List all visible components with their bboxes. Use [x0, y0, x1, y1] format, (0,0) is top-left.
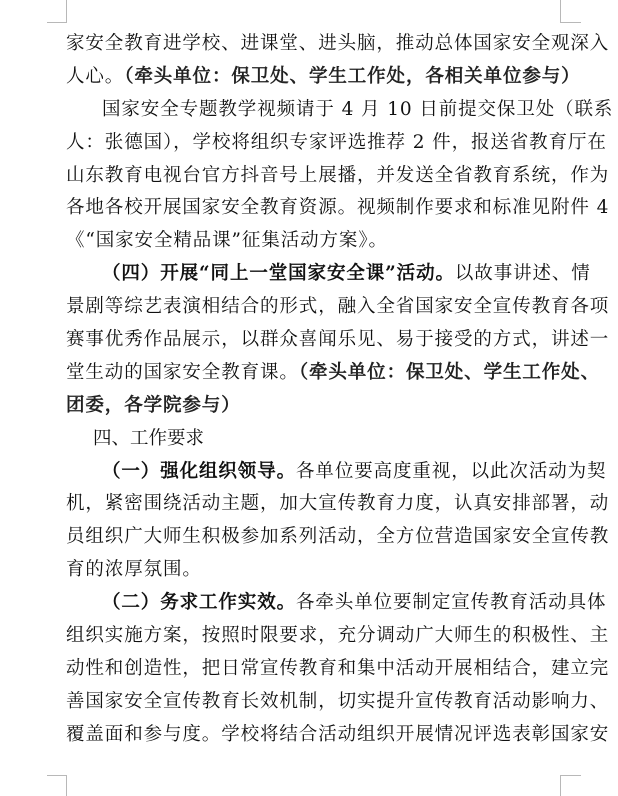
document-page-body: 家安全教育进学校、进课堂、进头脑，推动总体国家安全观深入 人心。（牵头单位：保卫…	[66, 28, 562, 752]
text-run: 人：张德国），学校将组织专家评选推荐 2 件，报送省教育厅在	[66, 132, 607, 153]
text-line: 人心。（牵头单位：保卫处、学生工作处，各相关单位参与）	[66, 61, 562, 94]
text-line: 山东教育电视台官方抖音号上展播，并发送全省教育系统，作为	[66, 160, 562, 193]
text-line: 人：张德国），学校将组织专家评选推荐 2 件，报送省教育厅在	[66, 127, 562, 160]
text-run: 员组织广大师生积极参加系列活动，全方位营造国家安全宣传教	[66, 526, 609, 547]
paragraph-first-line: （二）务求工作实效。各牵头单位要制定宣传教育活动具体	[66, 587, 562, 620]
text-run: 动性和创造性，把日常宣传教育和集中活动开展相结合，建立完	[66, 658, 609, 679]
text-run: 《“国家安全精品课”征集活动方案》。	[66, 230, 388, 251]
page-corner-mark-top-left	[47, 0, 67, 23]
lead-unit-note: （牵头单位：保卫处、学生工作处，各相关单位参与）	[124, 66, 580, 87]
section-heading: 四、工作要求	[66, 423, 562, 456]
paragraph-first-line: 国家安全专题教学视频请于 4 月 10 日前提交保卫处（联系	[66, 94, 562, 127]
page-corner-mark-bottom-left	[47, 775, 67, 796]
text-line: 育的浓厚氛围。	[66, 554, 562, 587]
text-run: 覆盖面和参与度。学校将结合活动组织开展情况评选表彰国家安	[66, 724, 609, 745]
paragraph-first-line: （一）强化组织领导。各单位要高度重视，以此次活动为契	[66, 456, 562, 489]
text-line: 景剧等综艺表演相结合的形式，融入全省国家安全宣传教育各项	[66, 291, 562, 324]
text-run: 景剧等综艺表演相结合的形式，融入全省国家安全宣传教育各项	[66, 296, 609, 317]
text-run: 组织实施方案，按照时限要求，充分调动广大师生的积极性、主	[66, 625, 609, 646]
text-line: 赛事优秀作品展示，以群众喜闻乐见、易于接受的方式，讲述一	[66, 324, 562, 357]
text-line: 《“国家安全精品课”征集活动方案》。	[66, 225, 562, 258]
text-line: 善国家安全宣传教育长效机制，切实提升宣传教育活动影响力、	[66, 686, 562, 719]
page-corner-mark-bottom-right	[560, 775, 581, 796]
page-corner-mark-top-right	[560, 0, 581, 23]
text-line: 动性和创造性，把日常宣传教育和集中活动开展相结合，建立完	[66, 653, 562, 686]
lead-unit-note: 团委，各学院参与）	[66, 395, 241, 416]
section-subheading: （四）开展“同上一堂国家安全课”活动。	[102, 263, 455, 284]
text-line: 团委，各学院参与）	[66, 390, 562, 423]
text-run: 以故事讲述、情	[455, 263, 591, 284]
text-run: 各地各校开展国家安全教育资源。视频制作要求和标准见附件 4	[66, 197, 609, 218]
text-run: 山东教育电视台官方抖音号上展播，并发送全省教育系统，作为	[66, 165, 609, 186]
paragraph-first-line: （四）开展“同上一堂国家安全课”活动。以故事讲述、情	[66, 258, 562, 291]
text-run: 各牵头单位要制定宣传教育活动具体	[296, 592, 606, 613]
section-subheading: （二）务求工作实效。	[102, 592, 296, 613]
text-run: 堂生动的国家安全教育课。	[66, 362, 299, 383]
text-line: 覆盖面和参与度。学校将结合活动组织开展情况评选表彰国家安	[66, 719, 562, 752]
lead-unit-note: （牵头单位：保卫处、学生工作处、	[299, 362, 600, 383]
section-heading-text: 四、工作要求	[93, 428, 204, 449]
text-run: 育的浓厚氛围。	[66, 559, 202, 580]
text-run: 人心。	[66, 66, 124, 87]
text-run: 机，紧密围绕活动主题，加大宣传教育力度，认真安排部署，动	[66, 493, 609, 514]
section-subheading: （一）强化组织领导。	[102, 461, 296, 482]
text-line: 家安全教育进学校、进课堂、进头脑，推动总体国家安全观深入	[66, 28, 562, 61]
text-run: 赛事优秀作品展示，以群众喜闻乐见、易于接受的方式，讲述一	[66, 329, 609, 350]
text-run: 善国家安全宣传教育长效机制，切实提升宣传教育活动影响力、	[66, 691, 609, 712]
text-line: 员组织广大师生积极参加系列活动，全方位营造国家安全宣传教	[66, 521, 562, 554]
text-line: 堂生动的国家安全教育课。（牵头单位：保卫处、学生工作处、	[66, 357, 562, 390]
text-run: 各单位要高度重视，以此次活动为契	[296, 461, 606, 482]
text-line: 各地各校开展国家安全教育资源。视频制作要求和标准见附件 4	[66, 192, 562, 225]
text-run: 国家安全专题教学视频请于 4 月 10 日前提交保卫处（联系	[102, 99, 613, 120]
text-line: 机，紧密围绕活动主题，加大宣传教育力度，认真安排部署，动	[66, 488, 562, 521]
text-line: 组织实施方案，按照时限要求，充分调动广大师生的积极性、主	[66, 620, 562, 653]
text-run: 家安全教育进学校、进课堂、进头脑，推动总体国家安全观深入	[66, 33, 609, 54]
